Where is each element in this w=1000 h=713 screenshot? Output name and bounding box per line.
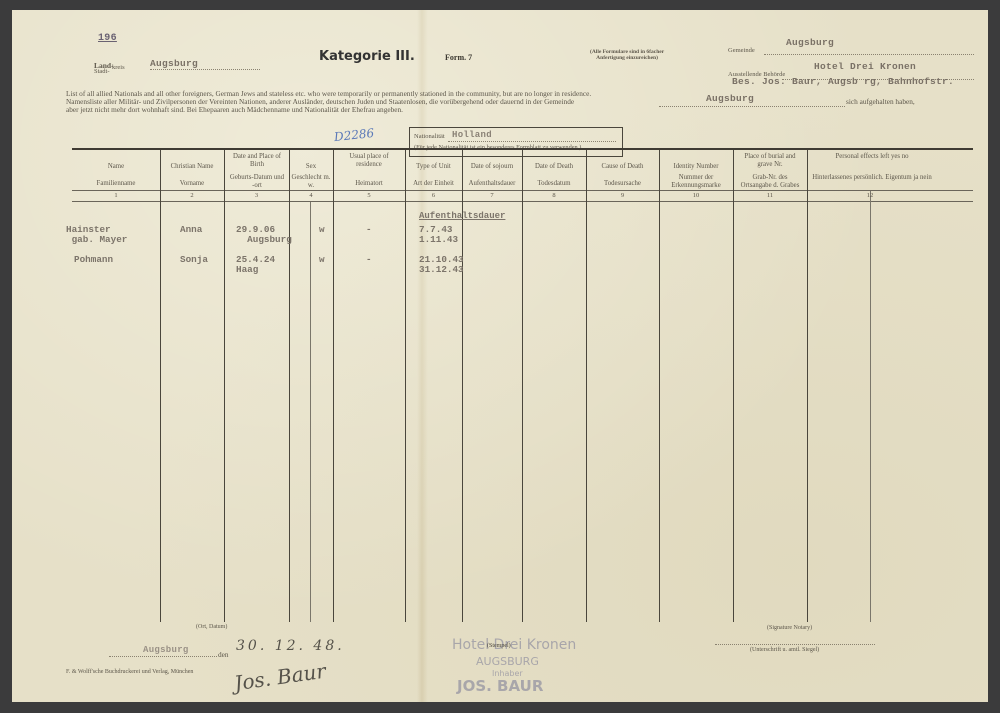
cell-surname: Pohmann — [74, 255, 113, 265]
cell-first-name: Anna — [180, 225, 202, 235]
col-divider — [405, 150, 406, 622]
cell-sex: w — [319, 225, 325, 235]
col-number-7: 7 — [462, 192, 522, 199]
col-divider — [807, 150, 808, 622]
col-number-4: 4 — [289, 192, 333, 199]
cell-sex: w — [319, 255, 325, 265]
col-header-en-5: Usual place of residence — [339, 153, 399, 169]
col-divider — [659, 150, 660, 622]
col-subdivider-sex — [310, 202, 311, 622]
footer-date: 30. 12. 48. — [236, 638, 345, 654]
gemeinde-line — [764, 53, 974, 55]
col-header-de-12: Hinterlassenes persönlich. Eigentum ja n… — [812, 174, 932, 182]
col-header-de-3: Geburts-Datum und -ort — [228, 174, 286, 190]
nationality-value: Holland — [452, 130, 492, 140]
cell-birth: 25.4.24 Haag — [236, 255, 275, 275]
document-number: 196 — [98, 33, 117, 44]
behoerde-value-line1: Hotel Drei Kronen — [814, 61, 916, 72]
cell-sojourn: 21.10.43 31.12.43 — [419, 255, 464, 275]
place-line — [109, 655, 217, 657]
col-number-8: 8 — [522, 192, 586, 199]
unterschrift-label: (Unterschrift u. amtl. Siegel) — [750, 647, 819, 653]
cell-birth: 29.9.06 Augsburg — [236, 225, 292, 245]
col-header-en-3: Date and Place of Birth — [228, 153, 286, 169]
col-header-en-12: Personal effects left yes no — [812, 153, 932, 161]
col-header-de-7: Aufenthaltsdauer — [462, 180, 522, 188]
form-number: Form. 7 — [445, 53, 472, 62]
stamp-line2: AUGSBURG — [476, 655, 539, 668]
den-label: den — [218, 650, 229, 659]
col-divider — [224, 150, 225, 622]
col-header-en-2: Christian Name — [160, 163, 224, 171]
kreis-label: kreis — [112, 64, 125, 71]
intro-line-de-2: aber jetzt nicht mehr dort wohnhaft sind… — [66, 105, 403, 114]
col-header-de-8: Todesdatum — [522, 180, 586, 188]
col-header-de-11: Grab-Nr. des Ortsangabe d. Grabes — [737, 174, 803, 190]
col-header-de-10: Nummer der Erkennungsmarke — [663, 174, 729, 190]
col-divider — [160, 150, 161, 622]
col-subdivider-effects — [870, 191, 871, 622]
unterschrift-line — [715, 643, 875, 645]
signature-notary-label: (Signature Notary) — [767, 625, 812, 631]
stadt-label: Stadt- — [94, 68, 110, 75]
col-divider — [522, 150, 523, 622]
printer-credit: F. & Wolff'sche Buchdruckerei und Verlag… — [66, 669, 193, 675]
col-header-en-8: Date of Death — [522, 163, 586, 171]
col-header-de-1: Familienname — [72, 180, 160, 188]
nationality-label: Nationalität — [414, 133, 445, 140]
cell-sojourn: 7.7.43 1.11.43 — [419, 225, 458, 245]
form-note-line2: Anfertigung einzureichen) — [590, 55, 664, 61]
form-note: (Alle Formulare sind in 6facher Anfertig… — [590, 49, 664, 61]
gemeinde-label: Gemeinde — [728, 47, 755, 54]
col-number-11: 11 — [733, 192, 807, 199]
intro-gemeinde-value: Augsburg — [706, 93, 754, 104]
col-header-en-7: Date of sojourn — [462, 163, 522, 171]
cell-residence: - — [366, 225, 372, 235]
col-number-9: 9 — [586, 192, 659, 199]
cell-surname: Hainster gab. Mayer — [66, 225, 127, 245]
col-header-de-5: Heimatort — [333, 180, 405, 188]
col-number-2: 2 — [160, 192, 224, 199]
page-title: Kategorie III. — [319, 49, 415, 64]
signature: Jos. Baur — [233, 659, 328, 696]
behoerde-value-line2: Bes. Jos. Baur, Augsb rg, Bahnhofstr. — [732, 76, 954, 87]
col-divider — [289, 150, 290, 622]
col-header-en-9: Cause of Death — [586, 163, 659, 171]
col-header-en-11: Place of burial and grave Nr. — [739, 153, 801, 169]
col-number-6: 6 — [405, 192, 462, 199]
col-number-5: 5 — [333, 192, 405, 199]
col-divider — [333, 150, 334, 622]
col-divider — [733, 150, 734, 622]
col-header-de-6: Art der Einheit — [405, 180, 462, 188]
intro-line-de-end: sich aufgehalten haben, — [846, 97, 915, 106]
col-number-3: 3 — [224, 192, 289, 199]
nationality-line — [448, 140, 616, 142]
land-value: Augsburg — [150, 58, 260, 70]
stamp-line1: Hotel Drei Kronen — [452, 637, 576, 653]
col-divider — [586, 150, 587, 622]
document-page: 196 Land- kreis Stadt- Augsburg Kategori… — [12, 10, 988, 702]
nationality-box: Nationalität Holland (Für jede Nationali… — [409, 127, 623, 157]
col-header-en-4: Sex — [289, 163, 333, 171]
stempel-label: (Stempel) — [487, 643, 511, 649]
col-header-en-1: Name — [72, 163, 160, 171]
col-number-1: 1 — [72, 192, 160, 199]
col-number-10: 10 — [659, 192, 733, 199]
col-number-12: 12 — [807, 192, 933, 199]
cell-first-name: Sonja — [180, 255, 208, 265]
stamp-line4: JOS. BAUR — [457, 677, 543, 695]
ort-datum-label: (Ort, Datum) — [196, 624, 227, 630]
col-header-de-4: Geschlecht m. w. — [291, 174, 331, 190]
col-header-en-6: Type of Unit — [405, 163, 462, 171]
col-header-de-9: Todesursache — [586, 180, 659, 188]
col-header-en-10: Identity Number — [659, 163, 733, 171]
sojourn-typed-header: Aufenthaltsdauer — [419, 211, 505, 221]
handwritten-number: D2286 — [333, 126, 374, 144]
col-header-de-2: Vorname — [160, 180, 224, 188]
intro-gemeinde-line — [659, 105, 845, 107]
footer-place: Augsburg — [143, 645, 189, 655]
cell-residence: - — [366, 255, 372, 265]
gemeinde-value: Augsburg — [786, 37, 834, 48]
